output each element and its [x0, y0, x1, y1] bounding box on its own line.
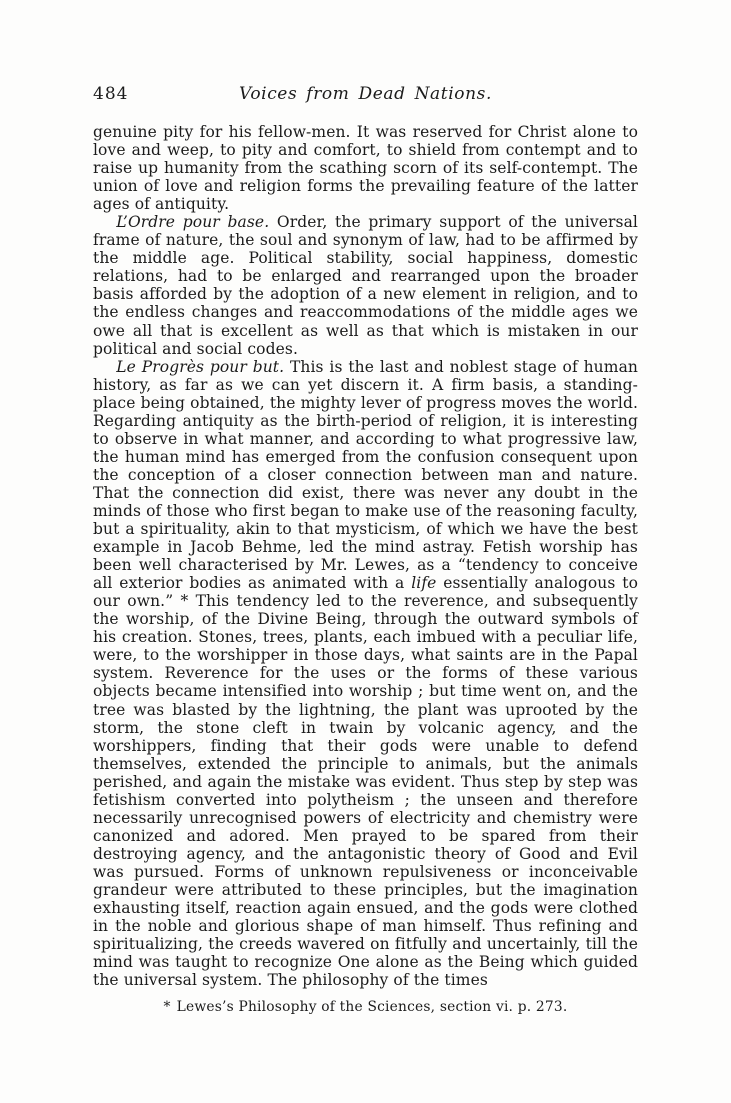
paragraph: Le Progrès pour but. This is the last an… — [93, 358, 638, 990]
text-segment: essentially analogous to our own.” * Thi… — [93, 574, 638, 989]
italic-phrase: Le Progrès pour but. — [116, 358, 284, 376]
italic-phrase: L’Ordre pour base. — [116, 213, 269, 231]
page-number: 484 — [93, 84, 128, 104]
page-header: 484 Voices from Dead Nations. — [93, 84, 638, 106]
footnote-marker: * — [164, 999, 171, 1015]
footnote-text: Lewes’s Philosophy of the Sciences, sect… — [177, 999, 568, 1015]
paragraph: genuine pity for his fellow-men. It was … — [93, 123, 638, 213]
body-text: genuine pity for his fellow-men. It was … — [93, 123, 638, 989]
book-page: 484 Voices from Dead Nations. genuine pi… — [0, 0, 731, 1103]
text-segment: genuine pity for his fellow-men. It was … — [93, 123, 638, 213]
text-segment: Order, the primary support of the univer… — [93, 213, 638, 357]
italic-phrase: life — [411, 574, 436, 592]
text-segment: This is the last and noblest stage of hu… — [93, 358, 638, 593]
paragraph: L’Ordre pour base. Order, the primary su… — [93, 213, 638, 357]
running-title: Voices from Dead Nations. — [93, 84, 638, 104]
footnote: *Lewes’s Philosophy of the Sciences, sec… — [93, 999, 638, 1015]
